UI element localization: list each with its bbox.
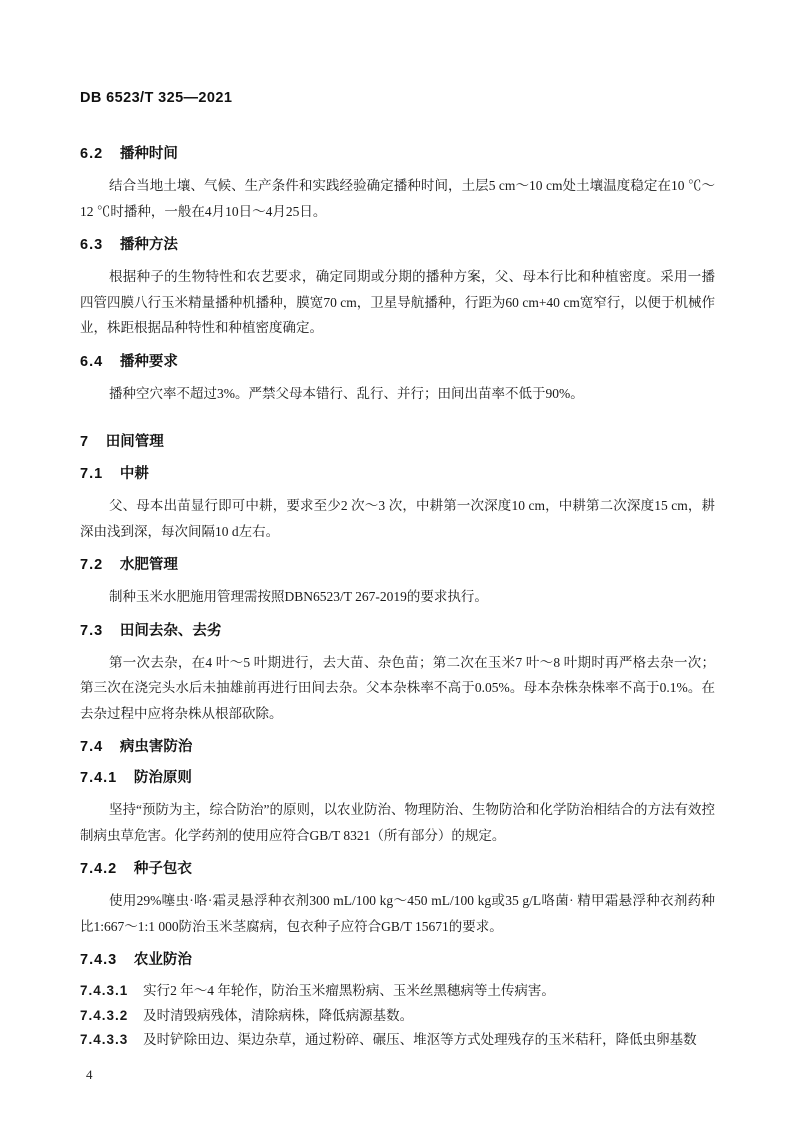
section-heading-7-4-3: 7.4.3农业防治: [80, 950, 715, 970]
section-title: 播种方法: [120, 237, 178, 253]
section-title: 种子包衣: [134, 861, 192, 877]
section-number: 7.4.1: [80, 768, 117, 788]
body-paragraph: 根据种子的生物特性和农艺要求，确定同期或分期的播种方案，父、母本行比和种植密度。…: [80, 264, 715, 341]
section-heading-7: 7田间管理: [80, 432, 715, 452]
section-number: 6.4: [80, 352, 103, 372]
section-number: 7.4.2: [80, 859, 117, 879]
section-number: 7.4.3: [80, 950, 117, 970]
clause-text: 及时清毁病残体，清除病株，降低病源基数。: [143, 1008, 413, 1023]
section-title: 田间去杂、去劣: [120, 623, 222, 639]
page-number: 4: [86, 1067, 715, 1083]
body-paragraph: 使用29%噻虫·咯·霜灵悬浮种衣剂300 mL/100 kg～450 mL/10…: [80, 888, 715, 939]
section-number: 6.3: [80, 235, 103, 255]
section-number: 7.3: [80, 621, 103, 641]
clause-7-4-3-3: 7.4.3.3及时铲除田边、渠边杂草，通过粉碎、碾压、堆沤等方式处理残存的玉米秸…: [80, 1028, 715, 1053]
section-number: 7.2: [80, 555, 103, 575]
section-heading-6-3: 6.3播种方法: [80, 235, 715, 255]
section-title: 中耕: [120, 466, 149, 482]
clause-number: 7.4.3.2: [80, 1008, 128, 1023]
document-page: DB 6523/T 325—2021 6.2播种时间结合当地土壤、气候、生产条件…: [0, 0, 793, 1122]
section-heading-7-4-1: 7.4.1防治原则: [80, 768, 715, 788]
body-paragraph: 第一次去杂，在4 叶～5 叶期进行，去大苗、杂色苗；第二次在玉米7 叶～8 叶期…: [80, 650, 715, 727]
document-body: 6.2播种时间结合当地土壤、气候、生产条件和实践经验确定播种时间，土层5 cm～…: [80, 144, 715, 1053]
clause-number: 7.4.3.1: [80, 983, 128, 998]
section-heading-7-4-2: 7.4.2种子包衣: [80, 859, 715, 879]
clause-number: 7.4.3.3: [80, 1032, 128, 1047]
clause-text: 实行2 年～4 年轮作，防治玉米瘤黑粉病、玉米丝黑穗病等土传病害。: [143, 983, 555, 998]
body-paragraph: 制种玉米水肥施用管理需按照DBN6523/T 267-2019的要求执行。: [80, 584, 715, 610]
section-title: 播种时间: [120, 146, 178, 162]
body-paragraph: 坚持“预防为主，综合防治”的原则，以农业防治、物理防治、生物防洽和化学防治相结合…: [80, 797, 715, 848]
section-title: 农业防治: [134, 952, 192, 968]
section-heading-7-3: 7.3田间去杂、去劣: [80, 621, 715, 641]
standard-number-header: DB 6523/T 325—2021: [80, 90, 715, 106]
clause-7-4-3-2: 7.4.3.2及时清毁病残体，清除病株，降低病源基数。: [80, 1004, 715, 1029]
section-title: 播种要求: [120, 354, 178, 370]
section-title: 田间管理: [106, 434, 164, 450]
section-number: 7.4: [80, 737, 103, 757]
section-heading-7-2: 7.2水肥管理: [80, 555, 715, 575]
section-heading-7-4: 7.4病虫害防治: [80, 737, 715, 757]
section-number: 7.1: [80, 464, 103, 484]
section-number: 7: [80, 432, 89, 452]
clause-7-4-3-1: 7.4.3.1实行2 年～4 年轮作，防治玉米瘤黑粉病、玉米丝黑穗病等土传病害。: [80, 979, 715, 1004]
section-heading-6-4: 6.4播种要求: [80, 352, 715, 372]
section-title: 病虫害防治: [120, 739, 193, 755]
section-title: 水肥管理: [120, 557, 178, 573]
section-heading-7-1: 7.1中耕: [80, 464, 715, 484]
clause-text: 及时铲除田边、渠边杂草，通过粉碎、碾压、堆沤等方式处理残存的玉米秸秆，降低虫卵基…: [143, 1032, 697, 1047]
body-paragraph: 结合当地土壤、气候、生产条件和实践经验确定播种时间，土层5 cm～10 cm处土…: [80, 173, 715, 224]
body-paragraph: 播种空穴率不超过3%。严禁父母本错行、乱行、并行；田间出苗率不低于90%。: [80, 381, 715, 407]
section-heading-6-2: 6.2播种时间: [80, 144, 715, 164]
section-number: 6.2: [80, 144, 103, 164]
body-paragraph: 父、母本出苗显行即可中耕，要求至少2 次～3 次，中耕第一次深度10 cm，中耕…: [80, 493, 715, 544]
section-title: 防治原则: [134, 770, 192, 786]
